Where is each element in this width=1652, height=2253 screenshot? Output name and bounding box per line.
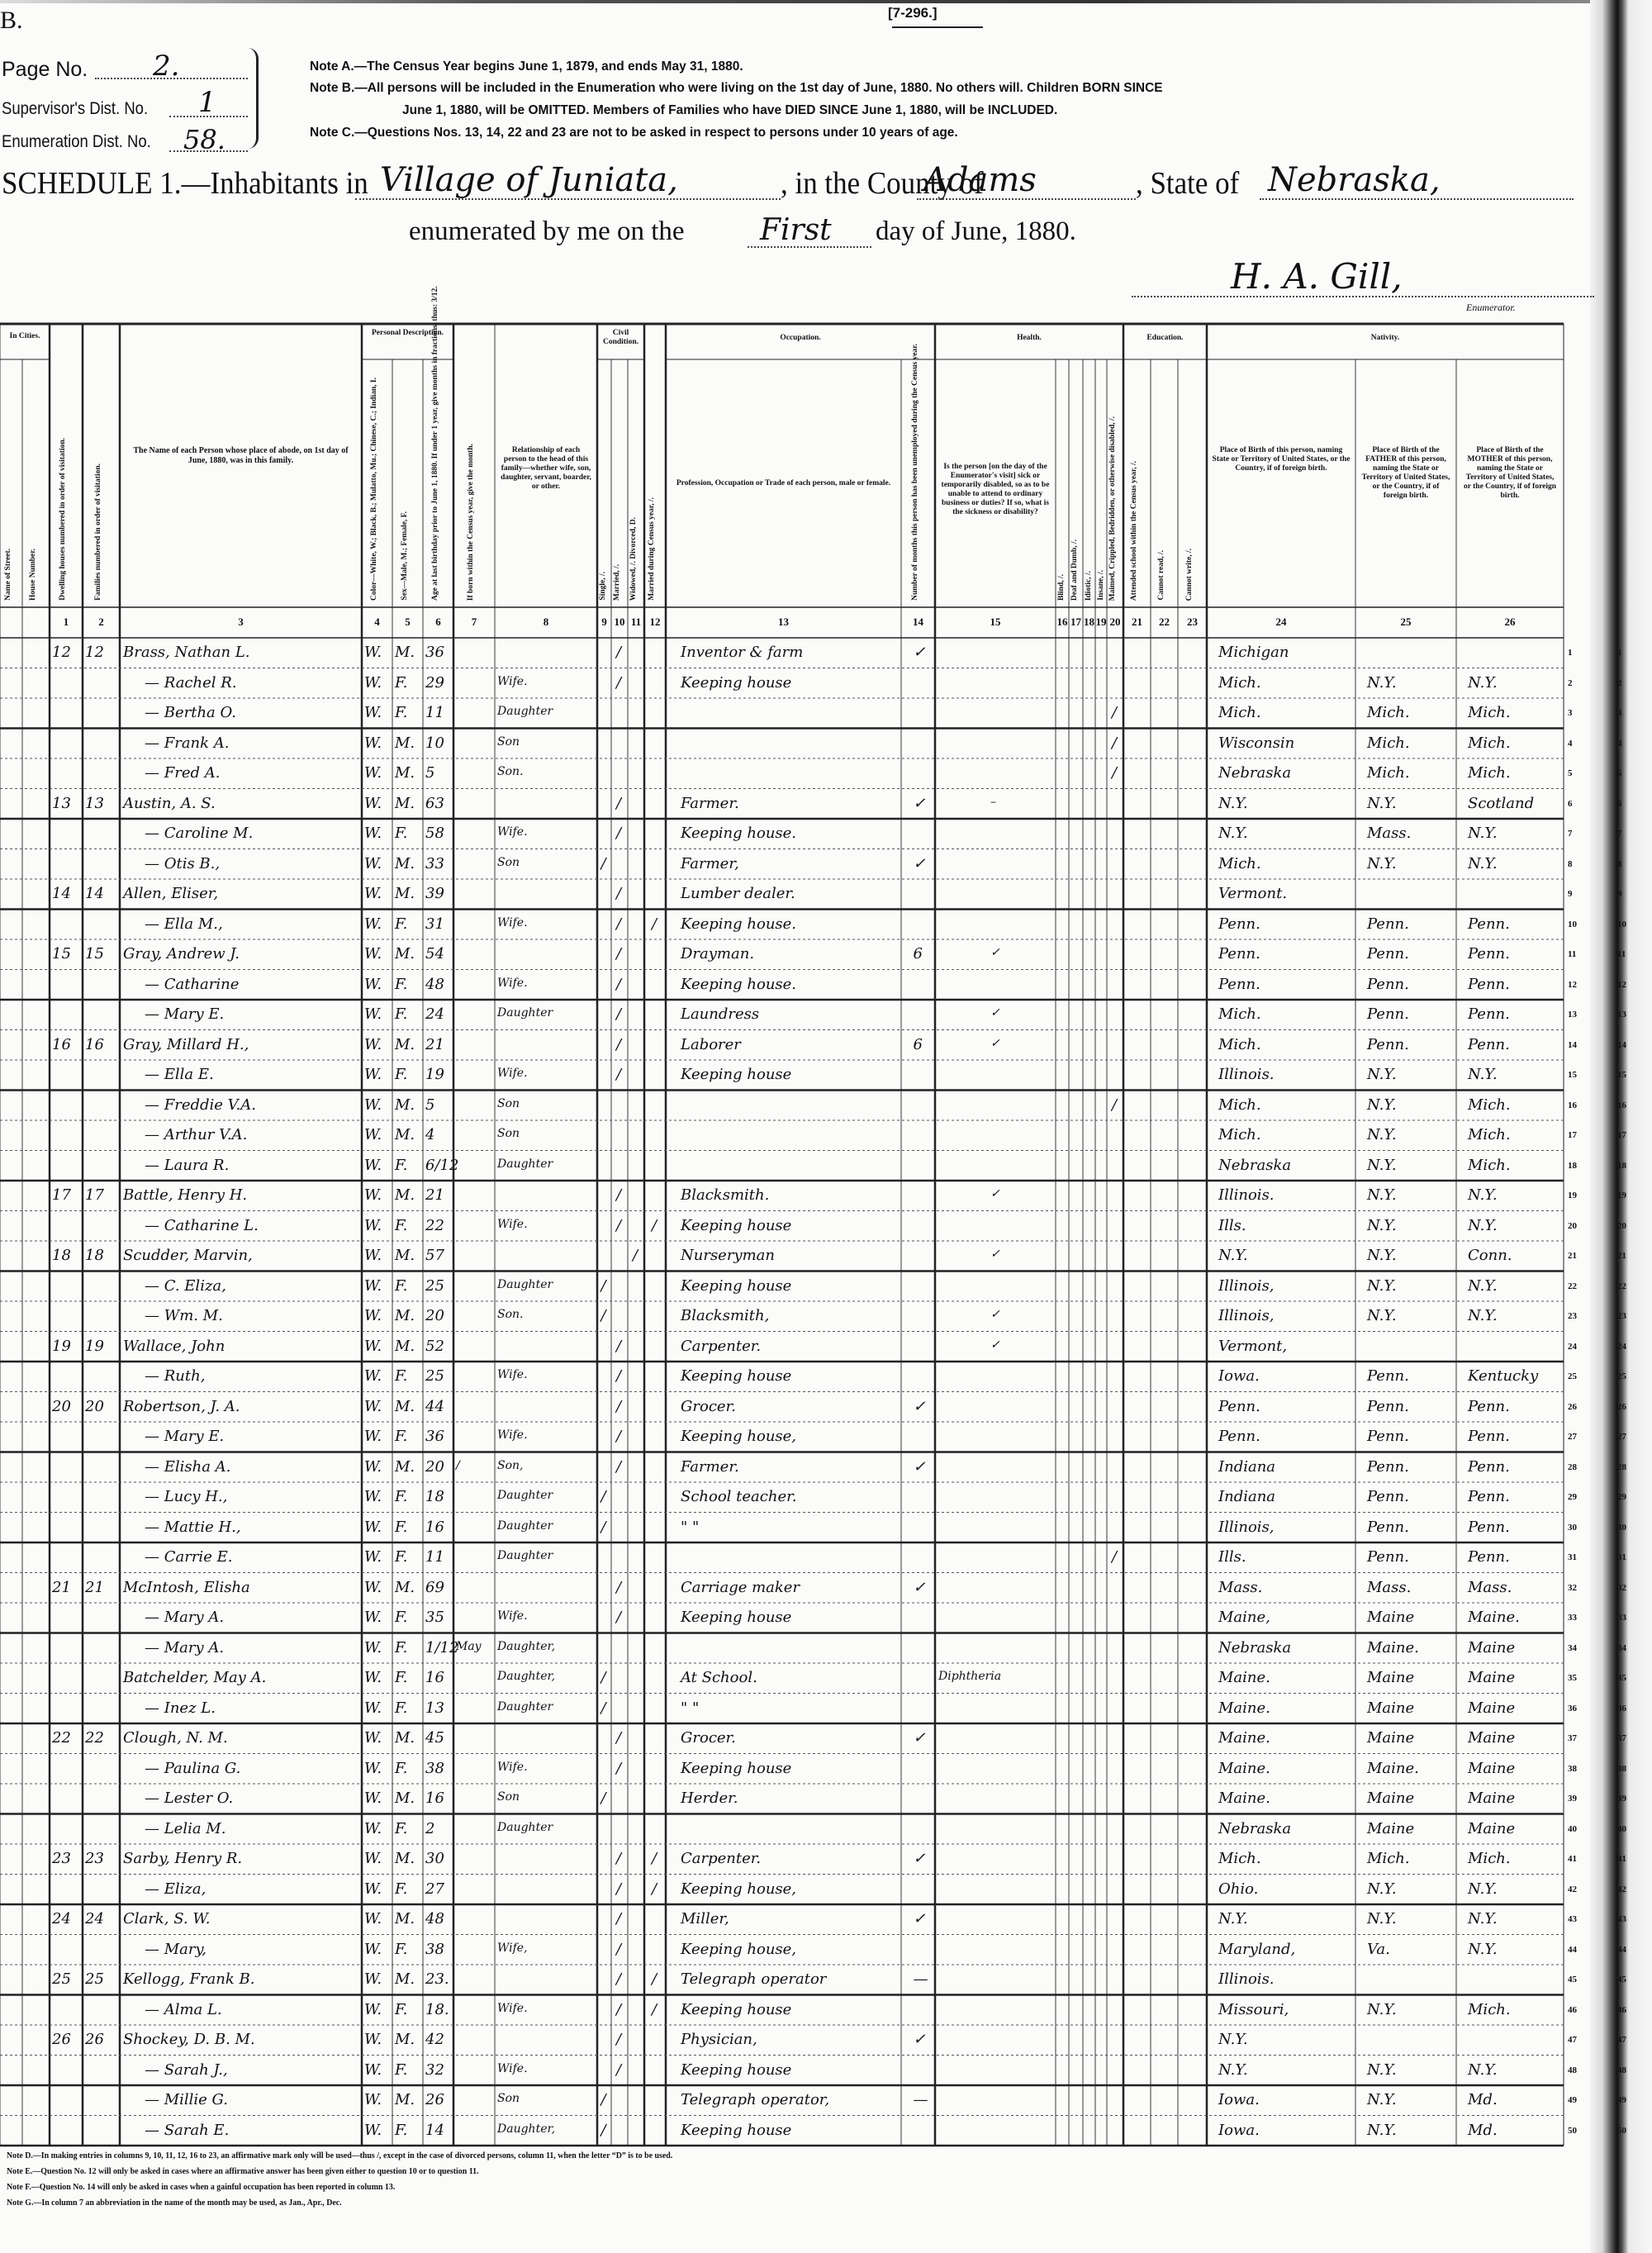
cell-sex: F. bbox=[395, 1219, 407, 1233]
cell-birthplace: Maine. bbox=[1218, 1701, 1270, 1716]
cell-age: 48 bbox=[425, 1912, 444, 1927]
row-number-outer: 40 bbox=[1617, 1824, 1626, 1834]
cell-name: — Elisha A. bbox=[145, 1460, 230, 1475]
cell-father-birthplace: N.Y. bbox=[1367, 676, 1397, 691]
cell-dwelling: 21 bbox=[52, 1580, 71, 1595]
column-number-23: 23 bbox=[1178, 616, 1207, 629]
cell-sex: M. bbox=[395, 886, 415, 901]
cell-father-birthplace: N.Y. bbox=[1367, 857, 1397, 872]
cell-occupation: Keeping house. bbox=[681, 917, 796, 932]
cell-married: / bbox=[616, 1851, 621, 1866]
header-col-11: Widowed, /. Divorced, D. bbox=[629, 517, 638, 601]
cell-father-birthplace: Maine bbox=[1367, 1671, 1414, 1685]
cell-married: / bbox=[616, 1882, 621, 1897]
cell-father-birthplace: N.Y. bbox=[1367, 1248, 1397, 1263]
cell-color: W. bbox=[364, 1128, 382, 1143]
cell-sex: F. bbox=[395, 1761, 407, 1776]
cell-name: Brass, Nathan L. bbox=[123, 645, 250, 660]
cell-single: / bbox=[601, 1490, 606, 1504]
cell-name: — Lelia M. bbox=[145, 1822, 225, 1837]
row-number: 24 bbox=[1568, 1342, 1577, 1352]
cell-married: / bbox=[616, 1400, 621, 1414]
row-number-outer: 6 bbox=[1617, 799, 1622, 809]
column-number-16: 16 bbox=[1056, 616, 1069, 629]
cell-occupation: Keeping house bbox=[681, 1279, 791, 1294]
cell-father-birthplace: Mich. bbox=[1367, 706, 1410, 720]
cell-age: 6/12 bbox=[425, 1158, 458, 1173]
row-number-outer: 47 bbox=[1617, 2035, 1626, 2045]
cell-attended-school: / bbox=[1112, 1098, 1117, 1113]
cell-occupation: Keeping house bbox=[681, 2063, 791, 2078]
row-number: 27 bbox=[1568, 1432, 1577, 1442]
cell-mother-birthplace: Penn. bbox=[1468, 1520, 1510, 1535]
cell-birthplace: N.Y. bbox=[1218, 796, 1248, 811]
cell-married: / bbox=[616, 1188, 621, 1203]
group-civil-condition: Civil Condition. bbox=[597, 329, 644, 347]
cell-attended-school: / bbox=[1112, 1550, 1117, 1565]
cell-color: W. bbox=[364, 1610, 382, 1625]
cell-age: 27 bbox=[425, 1882, 444, 1897]
column-number-4: 4 bbox=[362, 616, 392, 629]
header-col-10: Married, /. bbox=[613, 564, 621, 601]
row-number-outer: 34 bbox=[1617, 1643, 1626, 1653]
cell-age: 20 bbox=[425, 1309, 444, 1324]
cell-relation: Son bbox=[497, 1128, 520, 1139]
row-number-outer: 4 bbox=[1617, 739, 1622, 749]
cell-married: / bbox=[616, 676, 621, 691]
cell-sex: F. bbox=[395, 1490, 407, 1504]
cell-sex: M. bbox=[395, 1972, 415, 1987]
cell-mother-birthplace: Penn. bbox=[1468, 1460, 1510, 1475]
cell-relation: Daughter bbox=[497, 1158, 553, 1170]
row-number: 21 bbox=[1568, 1251, 1577, 1261]
cell-relation: Wife. bbox=[497, 1369, 528, 1381]
cell-relation: Wife. bbox=[497, 2063, 528, 2075]
cell-mother-birthplace: Maine bbox=[1468, 1761, 1515, 1776]
cell-father-birthplace: Penn. bbox=[1367, 1520, 1409, 1535]
cell-name: — Inez L. bbox=[145, 1701, 216, 1716]
cell-color: W. bbox=[364, 2093, 382, 2108]
cell-birthplace: Iowa. bbox=[1218, 1369, 1260, 1384]
column-number-21: 21 bbox=[1123, 616, 1151, 629]
cell-family: 25 bbox=[85, 1972, 104, 1987]
cell-mother-birthplace: N.Y. bbox=[1468, 1219, 1498, 1233]
cell-married: / bbox=[616, 1429, 621, 1444]
cell-sex: F. bbox=[395, 1550, 407, 1565]
cell-relation: Wife. bbox=[497, 1610, 528, 1622]
cell-mother-birthplace: Mich. bbox=[1468, 1158, 1511, 1173]
cell-dwelling: 20 bbox=[52, 1400, 71, 1414]
cell-occupation: Miller, bbox=[681, 1912, 729, 1927]
cell-name: — Wm. M. bbox=[145, 1309, 223, 1324]
group-education: Education. bbox=[1123, 334, 1207, 343]
cell-sex: F. bbox=[395, 977, 407, 992]
cell-married: / bbox=[616, 1339, 621, 1354]
row-number: 2 bbox=[1568, 678, 1573, 688]
cell-birthplace: Ohio. bbox=[1218, 1882, 1258, 1897]
row-number: 50 bbox=[1568, 2126, 1577, 2136]
cell-occupation: Keeping house, bbox=[681, 1882, 796, 1897]
row-number: 30 bbox=[1568, 1523, 1577, 1533]
row-number: 9 bbox=[1568, 889, 1573, 899]
column-number-1: 1 bbox=[50, 616, 83, 629]
cell-age: 13 bbox=[425, 1701, 444, 1716]
row-number: 43 bbox=[1568, 1914, 1577, 1924]
cell-birthplace: N.Y. bbox=[1218, 1912, 1248, 1927]
cell-relation: Daughter bbox=[497, 1822, 553, 1833]
column-number-14: 14 bbox=[901, 616, 935, 629]
cell-birthplace: Maine, bbox=[1218, 1610, 1270, 1625]
cell-family: 12 bbox=[85, 645, 104, 660]
cell-name: — Paulina G. bbox=[145, 1761, 240, 1776]
cell-age: 58 bbox=[425, 826, 444, 841]
cell-age: 4 bbox=[425, 1128, 434, 1143]
cell-family: 21 bbox=[85, 1580, 104, 1595]
cell-mother-birthplace: N.Y. bbox=[1468, 676, 1498, 691]
cell-name: — Sarah E. bbox=[145, 2123, 229, 2138]
row-number-outer: 1 bbox=[1617, 648, 1622, 658]
row-number: 19 bbox=[1568, 1191, 1577, 1200]
cell-sickness: Diphtheria bbox=[938, 1671, 1001, 1682]
cell-father-birthplace: Mich. bbox=[1367, 1851, 1410, 1866]
cell-age: 30 bbox=[425, 1851, 444, 1866]
cell-family: 15 bbox=[85, 947, 104, 962]
cell-color: W. bbox=[364, 2003, 382, 2018]
row-number-outer: 3 bbox=[1617, 708, 1622, 718]
row-number: 23 bbox=[1568, 1311, 1577, 1321]
column-number-20: 20 bbox=[1107, 616, 1123, 629]
cell-mother-birthplace: Scotland bbox=[1468, 796, 1534, 811]
cell-birthplace: Penn. bbox=[1218, 1429, 1260, 1444]
cell-mother-birthplace: N.Y. bbox=[1468, 2063, 1498, 2078]
cell-name: — Bertha O. bbox=[145, 706, 236, 720]
cell-color: W. bbox=[364, 1460, 382, 1475]
row-number-outer: 17 bbox=[1617, 1130, 1626, 1140]
cell-occupation: Drayman. bbox=[681, 947, 754, 962]
cell-married: / bbox=[616, 917, 621, 932]
cell-sex: M. bbox=[395, 1038, 415, 1053]
row-number-outer: 49 bbox=[1617, 2095, 1626, 2105]
cell-sex: F. bbox=[395, 917, 407, 932]
row-number-outer: 44 bbox=[1617, 1945, 1626, 1955]
cell-family: 16 bbox=[85, 1038, 104, 1053]
cell-relation: Wife. bbox=[497, 826, 528, 838]
row-number: 45 bbox=[1568, 1975, 1577, 1984]
cell-relation: Daughter bbox=[497, 1550, 553, 1561]
column-number-18: 18 bbox=[1083, 616, 1095, 629]
row-number: 26 bbox=[1568, 1402, 1577, 1412]
cell-name: — Arthur V.A. bbox=[145, 1128, 247, 1143]
header-col-17: Deaf and Dumb, /. bbox=[1070, 539, 1079, 601]
cell-relation: Wife. bbox=[497, 1429, 528, 1441]
row-number: 33 bbox=[1568, 1613, 1577, 1623]
cell-birthplace: Mich. bbox=[1218, 706, 1261, 720]
cell-name: Battle, Henry H. bbox=[123, 1188, 247, 1203]
cell-name: — Mary A. bbox=[145, 1641, 224, 1656]
cell-occupation: Inventor & farm bbox=[681, 645, 803, 660]
row-number-outer: 35 bbox=[1617, 1673, 1626, 1683]
cell-married: / bbox=[616, 1219, 621, 1233]
header-col-26: Place of Birth of the MOTHER of this per… bbox=[1461, 446, 1559, 501]
row-number: 28 bbox=[1568, 1462, 1577, 1472]
cell-name: Shockey, D. B. M. bbox=[123, 2032, 255, 2047]
header-col-5: Sex—Male, M.; Female, F. bbox=[401, 511, 409, 601]
cell-color: W. bbox=[364, 826, 382, 841]
cell-father-birthplace: Mich. bbox=[1367, 766, 1410, 781]
cell-name: — Catharine L. bbox=[145, 1219, 259, 1233]
cell-name: — Freddie V.A. bbox=[145, 1098, 256, 1113]
row-number-outer: 24 bbox=[1617, 1342, 1626, 1352]
cell-sex: F. bbox=[395, 1429, 407, 1444]
cell-mother-birthplace: N.Y. bbox=[1468, 1188, 1498, 1203]
cell-sex: F. bbox=[395, 1671, 407, 1685]
row-number-outer: 16 bbox=[1617, 1100, 1626, 1110]
cell-attended-school: / bbox=[1112, 736, 1117, 751]
cell-relation: Daughter, bbox=[497, 1641, 555, 1652]
cell-unemployed: ✓ bbox=[914, 2032, 926, 2047]
cell-age: 54 bbox=[425, 947, 444, 962]
row-number-outer: 13 bbox=[1617, 1010, 1626, 1020]
cell-sex: M. bbox=[395, 766, 415, 781]
cell-birthplace: Maine. bbox=[1218, 1671, 1270, 1685]
cell-occupation: At School. bbox=[681, 1671, 757, 1685]
row-number: 1 bbox=[1568, 648, 1573, 658]
cell-relation: Wife. bbox=[497, 1219, 528, 1230]
cell-name: Austin, A. S. bbox=[123, 796, 216, 811]
cell-relation: Son bbox=[497, 1098, 520, 1110]
cell-color: W. bbox=[364, 2063, 382, 2078]
cell-married: / bbox=[616, 1610, 621, 1625]
cell-age: 36 bbox=[425, 645, 444, 660]
row-number: 47 bbox=[1568, 2035, 1577, 2045]
cell-age: 31 bbox=[425, 917, 444, 932]
cell-married-year: / bbox=[652, 1882, 657, 1897]
row-number-outer: 31 bbox=[1617, 1552, 1626, 1562]
cell-birthplace: Penn. bbox=[1218, 1400, 1260, 1414]
row-number-outer: 41 bbox=[1617, 1854, 1626, 1864]
cell-sex: F. bbox=[395, 1822, 407, 1837]
cell-age: 22 bbox=[425, 1219, 444, 1233]
cell-color: W. bbox=[364, 947, 382, 962]
row-number: 11 bbox=[1568, 949, 1576, 959]
cell-birthplace: Mich. bbox=[1218, 857, 1261, 872]
column-number-8: 8 bbox=[495, 616, 597, 629]
cell-name: — Eliza, bbox=[145, 1882, 206, 1897]
cell-father-birthplace: Maine bbox=[1367, 1822, 1414, 1837]
cell-age: 45 bbox=[425, 1731, 444, 1746]
cell-occupation: Telegraph operator, bbox=[681, 2093, 829, 2108]
row-number-outer: 27 bbox=[1617, 1432, 1626, 1442]
cell-name: — Otis B., bbox=[145, 857, 220, 872]
group-in-cities: In Cities. bbox=[0, 332, 50, 341]
cell-occupation: Lumber dealer. bbox=[681, 886, 795, 901]
cell-single: / bbox=[601, 1701, 606, 1716]
cell-married-year: / bbox=[652, 917, 657, 932]
cell-name: — Frank A. bbox=[145, 736, 230, 751]
cell-age: 52 bbox=[425, 1339, 444, 1354]
header-col-19: Insane, /. bbox=[1097, 570, 1105, 601]
cell-color: W. bbox=[364, 706, 382, 720]
cell-age: 33 bbox=[425, 857, 444, 872]
row-number: 42 bbox=[1568, 1885, 1577, 1894]
cell-birthplace: Illinois, bbox=[1218, 1520, 1275, 1535]
header-col-2: Families numbered in order of visitation… bbox=[94, 463, 102, 601]
cell-month: / bbox=[456, 1460, 460, 1471]
cell-occupation: Telegraph operator bbox=[681, 1972, 826, 1987]
row-number: 3 bbox=[1568, 708, 1573, 718]
cell-age: 25 bbox=[425, 1369, 444, 1384]
cell-sex: F. bbox=[395, 1701, 407, 1716]
cell-age: 11 bbox=[425, 706, 444, 720]
cell-birthplace: Illinois. bbox=[1218, 1972, 1275, 1987]
cell-color: W. bbox=[364, 1942, 382, 1957]
cell-relation: Son, bbox=[497, 1460, 524, 1471]
cell-father-birthplace: N.Y. bbox=[1367, 1158, 1397, 1173]
cell-sex: F. bbox=[395, 1067, 407, 1082]
cell-mother-birthplace: Mich. bbox=[1468, 736, 1511, 751]
cell-married: / bbox=[616, 1038, 621, 1053]
cell-age: 42 bbox=[425, 2032, 444, 2047]
cell-name: — Carrie E. bbox=[145, 1550, 232, 1565]
cell-unemployed: ✓ bbox=[914, 645, 926, 660]
cell-mother-birthplace: N.Y. bbox=[1468, 1067, 1498, 1082]
cell-sex: F. bbox=[395, 676, 407, 691]
cell-sex: F. bbox=[395, 1882, 407, 1897]
cell-color: W. bbox=[364, 1822, 382, 1837]
cell-occupation: Keeping house. bbox=[681, 977, 796, 992]
column-number-11: 11 bbox=[628, 616, 644, 629]
row-number: 4 bbox=[1568, 739, 1573, 749]
cell-married: / bbox=[616, 1460, 621, 1475]
cell-mother-birthplace: N.Y. bbox=[1468, 1912, 1498, 1927]
cell-married-year: / bbox=[652, 1851, 657, 1866]
cell-family: 17 bbox=[85, 1188, 104, 1203]
row-number-outer: 23 bbox=[1617, 1311, 1626, 1321]
row-number-outer: 21 bbox=[1617, 1251, 1626, 1261]
cell-color: W. bbox=[364, 1369, 382, 1384]
cell-age: 21 bbox=[425, 1038, 444, 1053]
cell-name: — Millie G. bbox=[145, 2093, 228, 2108]
cell-relation: Son bbox=[497, 857, 520, 868]
cell-father-birthplace: N.Y. bbox=[1367, 1882, 1397, 1897]
group-nativity: Nativity. bbox=[1207, 334, 1564, 343]
cell-color: W. bbox=[364, 1671, 382, 1685]
note-g: Note G.—In column 7 an abbreviation in t… bbox=[7, 2198, 342, 2208]
cell-name: McIntosh, Elisha bbox=[123, 1580, 250, 1595]
column-number-25: 25 bbox=[1355, 616, 1456, 629]
cell-sex: M. bbox=[395, 1188, 415, 1203]
cell-mother-birthplace: Md. bbox=[1468, 2093, 1498, 2108]
column-number-26: 26 bbox=[1456, 616, 1564, 629]
cell-sickness: – bbox=[990, 796, 996, 808]
cell-sex: M. bbox=[395, 1460, 415, 1475]
row-number-outer: 10 bbox=[1617, 920, 1626, 929]
cell-mother-birthplace: Maine bbox=[1468, 1671, 1515, 1685]
cell-relation: Daughter bbox=[497, 1279, 553, 1290]
cell-family: 22 bbox=[85, 1731, 104, 1746]
row-number: 41 bbox=[1568, 1854, 1577, 1864]
column-number-6: 6 bbox=[423, 616, 453, 629]
cell-name: Allen, Eliser, bbox=[123, 886, 218, 901]
cell-birthplace: Illinois, bbox=[1218, 1279, 1275, 1294]
cell-mother-birthplace: Penn. bbox=[1468, 947, 1510, 962]
cell-name: Clough, N. M. bbox=[123, 1731, 228, 1746]
cell-age: 57 bbox=[425, 1248, 444, 1263]
cell-relation: Son bbox=[497, 1791, 520, 1803]
cell-occupation: Carriage maker bbox=[681, 1580, 800, 1595]
row-number: 7 bbox=[1568, 829, 1573, 839]
cell-occupation: Carpenter. bbox=[681, 1339, 761, 1354]
header-col-city1: House Number. bbox=[29, 549, 37, 601]
row-number: 29 bbox=[1568, 1492, 1577, 1502]
cell-birthplace: Wisconsin bbox=[1218, 736, 1294, 751]
cell-dwelling: 15 bbox=[52, 947, 71, 962]
cell-mother-birthplace: Penn. bbox=[1468, 1429, 1510, 1444]
row-number-outer: 14 bbox=[1617, 1040, 1626, 1050]
row-number: 40 bbox=[1568, 1824, 1577, 1834]
cell-father-birthplace: N.Y. bbox=[1367, 1309, 1397, 1324]
cell-occupation: " " bbox=[681, 1701, 699, 1716]
cell-attended-school: / bbox=[1112, 706, 1117, 720]
cell-age: 14 bbox=[425, 2123, 444, 2138]
row-number: 12 bbox=[1568, 980, 1577, 990]
column-number-2: 2 bbox=[83, 616, 120, 629]
cell-father-birthplace: N.Y. bbox=[1367, 1188, 1397, 1203]
cell-birthplace: Vermont. bbox=[1218, 886, 1287, 901]
row-number-outer: 33 bbox=[1617, 1613, 1626, 1623]
cell-birthplace: Mich. bbox=[1218, 1007, 1261, 1022]
cell-birthplace: Indiana bbox=[1218, 1460, 1275, 1475]
cell-dwelling: 24 bbox=[52, 1912, 71, 1927]
cell-birthplace: N.Y. bbox=[1218, 826, 1248, 841]
cell-age: 21 bbox=[425, 1188, 444, 1203]
cell-dwelling: 19 bbox=[52, 1339, 71, 1354]
cell-age: 5 bbox=[425, 1098, 434, 1113]
cell-father-birthplace: Va. bbox=[1367, 1942, 1390, 1957]
cell-mother-birthplace: Mich. bbox=[1468, 766, 1511, 781]
column-number-13: 13 bbox=[666, 616, 901, 629]
column-number-15: 15 bbox=[935, 616, 1056, 629]
cell-age: 20 bbox=[425, 1460, 444, 1475]
header-col-city0: Name of Street. bbox=[4, 549, 12, 601]
cell-age: 16 bbox=[425, 1671, 444, 1685]
cell-birthplace: Maryland, bbox=[1218, 1942, 1295, 1957]
cell-mother-birthplace: Penn. bbox=[1468, 1038, 1510, 1053]
cell-mother-birthplace: Maine bbox=[1468, 1701, 1515, 1716]
cell-relation: Daughter bbox=[497, 1520, 553, 1532]
row-number: 49 bbox=[1568, 2095, 1577, 2105]
cell-age: 24 bbox=[425, 1007, 444, 1022]
header-col-4: Color—White, W.; Black, B.; Mulatto, Mu.… bbox=[370, 378, 378, 601]
cell-sex: F. bbox=[395, 1007, 407, 1022]
cell-age: 18 bbox=[425, 1490, 444, 1504]
cell-age: 36 bbox=[425, 1429, 444, 1444]
cell-color: W. bbox=[364, 1219, 382, 1233]
cell-color: W. bbox=[364, 2032, 382, 2047]
cell-color: W. bbox=[364, 736, 382, 751]
cell-name: — Laura R. bbox=[145, 1158, 229, 1173]
cell-age: 5 bbox=[425, 766, 434, 781]
cell-birthplace: Maine. bbox=[1218, 1761, 1270, 1776]
cell-age: 39 bbox=[425, 886, 444, 901]
row-number-outer: 48 bbox=[1617, 2065, 1626, 2075]
header-col-6: Age at last birthday prior to June 1, 18… bbox=[431, 366, 439, 601]
cell-relation: Daughter, bbox=[497, 1671, 555, 1682]
cell-age: 16 bbox=[425, 1520, 444, 1535]
cell-color: W. bbox=[364, 1188, 382, 1203]
cell-birthplace: Michigan bbox=[1218, 645, 1289, 660]
cell-birthplace: Mich. bbox=[1218, 1851, 1261, 1866]
